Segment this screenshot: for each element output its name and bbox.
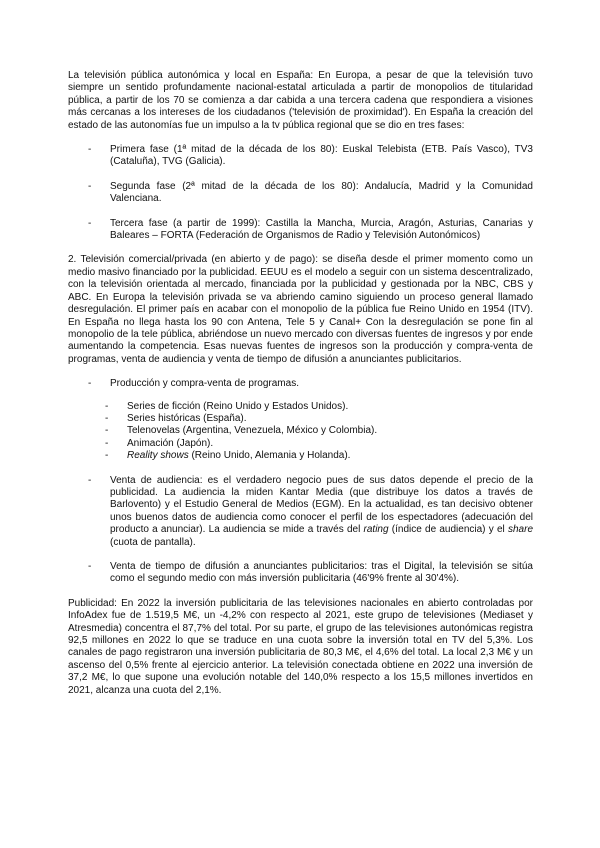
dash-bullet: - — [105, 425, 127, 437]
audience-post: (cuota de pantalla). — [110, 537, 196, 548]
share-italic: share — [508, 524, 533, 535]
production-sublist: - Series de ficción (Reino Unido y Estad… — [88, 401, 533, 463]
list-item-phase-3: - Tercera fase (a partir de 1999): Casti… — [88, 218, 533, 243]
revenue-sources-list: - Producción y compra-venta de programas… — [68, 378, 533, 462]
dash-bullet: - — [88, 475, 110, 549]
list-item-telenovelas: - Telenovelas (Argentina, Venezuela, Méx… — [105, 425, 533, 437]
list-item-reality-shows: - Reality shows (Reino Unido, Alemania y… — [105, 450, 533, 462]
document-page: La televisión pública autonómica y local… — [68, 70, 533, 709]
telenovelas-text: Telenovelas (Argentina, Venezuela, Méxic… — [127, 425, 533, 437]
list-item-series-historicas: - Series históricas (España). — [105, 413, 533, 425]
list-item-production: - Producción y compra-venta de programas… — [88, 378, 533, 390]
dash-bullet: - — [88, 181, 110, 206]
phase-3-text: Tercera fase (a partir de 1999): Castill… — [110, 218, 533, 243]
dash-bullet: - — [105, 413, 127, 425]
list-item-phase-1: - Primera fase (1ª mitad de la década de… — [88, 144, 533, 169]
dash-bullet: - — [88, 218, 110, 243]
dash-bullet: - — [88, 144, 110, 169]
commercial-tv-paragraph: 2. Televisión comercial/privada (en abie… — [68, 254, 533, 366]
production-label: Producción y compra-venta de programas. — [110, 378, 533, 390]
audience-text: Venta de audiencia: es el verdadero nego… — [110, 475, 533, 549]
rating-italic: rating — [364, 524, 389, 535]
revenue-sources-list-continued: - Venta de audiencia: es el verdadero ne… — [68, 475, 533, 586]
reality-shows-italic: Reality shows — [127, 450, 189, 461]
dash-bullet: - — [88, 378, 110, 390]
phase-1-text: Primera fase (1ª mitad de la década de l… — [110, 144, 533, 169]
airtime-text: Venta de tiempo de difusión a anunciante… — [110, 561, 533, 586]
dash-bullet: - — [88, 561, 110, 586]
list-item-phase-2: - Segunda fase (2ª mitad de la década de… — [88, 181, 533, 206]
dash-bullet: - — [105, 450, 127, 462]
series-ficcion-text: Series de ficción (Reino Unido y Estados… — [127, 401, 533, 413]
reality-shows-rest: (Reino Unido, Alemania y Holanda). — [189, 450, 351, 461]
intro-paragraph: La televisión pública autonómica y local… — [68, 70, 533, 132]
phase-2-text: Segunda fase (2ª mitad de la década de l… — [110, 181, 533, 206]
list-item-audience: - Venta de audiencia: es el verdadero ne… — [88, 475, 533, 549]
series-historicas-text: Series históricas (España). — [127, 413, 533, 425]
list-item-animacion: - Animación (Japón). — [105, 438, 533, 450]
phase-list: - Primera fase (1ª mitad de la década de… — [68, 144, 533, 242]
animacion-text: Animación (Japón). — [127, 438, 533, 450]
list-item-airtime: - Venta de tiempo de difusión a anuncian… — [88, 561, 533, 586]
list-item-series-ficcion: - Series de ficción (Reino Unido y Estad… — [105, 401, 533, 413]
dash-bullet: - — [105, 401, 127, 413]
advertising-paragraph: Publicidad: En 2022 la inversión publici… — [68, 598, 533, 697]
reality-shows-text: Reality shows (Reino Unido, Alemania y H… — [127, 450, 533, 462]
dash-bullet: - — [105, 438, 127, 450]
audience-mid: (índice de audiencia) y el — [389, 524, 508, 535]
